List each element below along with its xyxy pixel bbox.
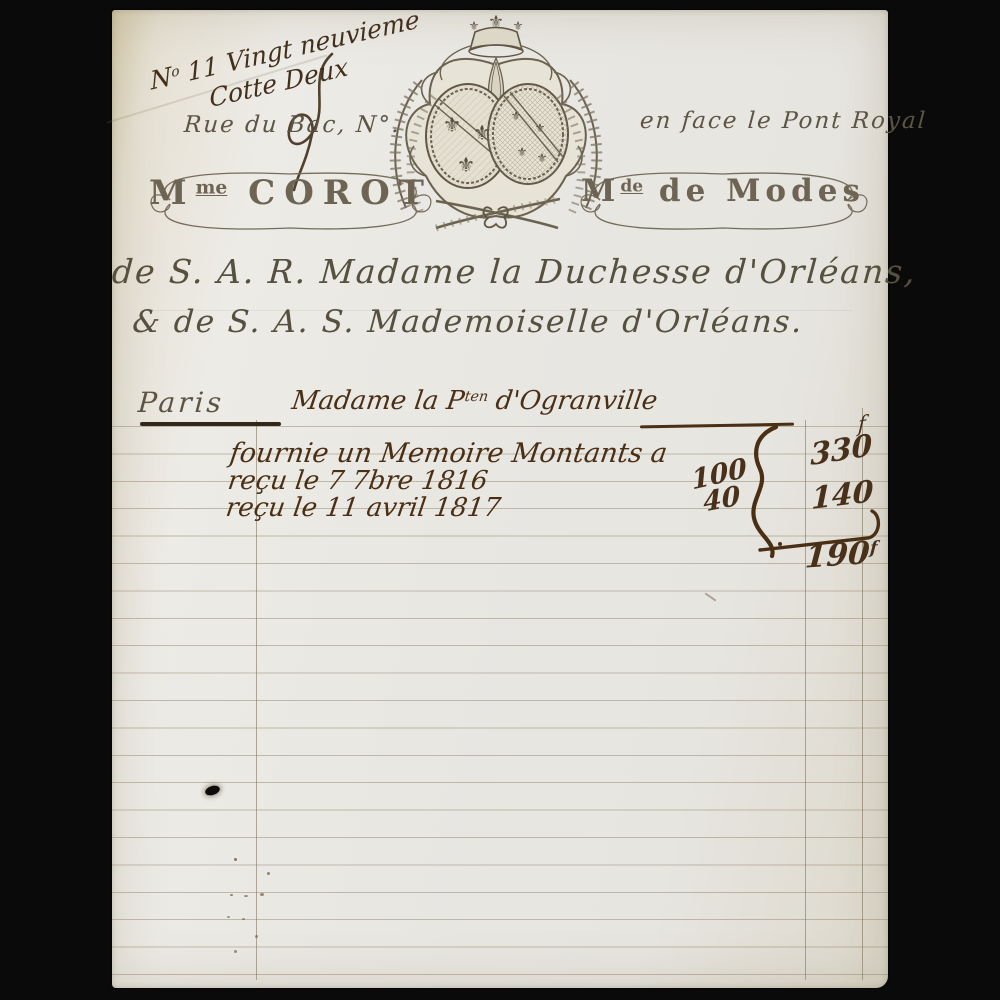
ink-speck [260, 893, 264, 896]
nameplate-mde-de-modes: Mde de Modes [564, 173, 882, 209]
svg-text:⚜: ⚜ [469, 19, 480, 33]
docket-annotation: No 11 Vingt neuvieme Cotte Deux [149, 1, 424, 127]
name-text: COROT [227, 173, 433, 213]
svg-text:⚜: ⚜ [488, 12, 504, 33]
name-prefix: M [149, 173, 196, 213]
total-value: 190 [804, 535, 871, 576]
svg-text:⚜: ⚜ [517, 145, 528, 159]
ink-speck [244, 895, 248, 897]
franc-sign: f [857, 411, 866, 437]
total-unit: f [869, 538, 878, 559]
ink-speck [227, 916, 230, 918]
name-text: de Modes [643, 173, 865, 209]
receipt-line-2: reçu le 11 avril 1817 [224, 493, 503, 523]
nameplate-mme-corot: Mme COROT [138, 173, 444, 213]
ink-speck [255, 935, 258, 938]
document-scan: No 11 Vingt neuvieme Cotte Deux Rue du B… [0, 0, 1000, 1000]
client-name-line: Madame la Pten d'Ogranville [290, 386, 660, 416]
city-label: Paris [137, 386, 225, 419]
client-prefix: Madame la P [290, 386, 466, 416]
address-right: en face le Pont Royal [639, 108, 928, 134]
svg-text:⚜: ⚜ [443, 113, 462, 137]
total-amount: 190f [804, 534, 878, 575]
patron-line-2: & de S. A. S. Mademoiselle d'Orléans. [111, 304, 890, 340]
ink-speck [230, 894, 233, 896]
client-superscript: ten [464, 389, 490, 405]
patron-line-1: de S. A. R. Madame la Duchesse d'Orléans… [111, 252, 890, 291]
svg-text:⚜: ⚜ [473, 121, 492, 145]
receipt-line-1: reçu le 7 7bre 1816 [226, 466, 490, 496]
ink-speck [242, 918, 245, 920]
ink-speck [234, 950, 237, 953]
column-rule-amounts [805, 420, 806, 980]
svg-text:⚜: ⚜ [513, 19, 524, 33]
city-underline [140, 422, 281, 426]
svg-text:⚜: ⚜ [537, 151, 548, 165]
address-left: Rue du Bac, N°. 1. [183, 112, 437, 138]
svg-text:⚜: ⚜ [457, 153, 476, 177]
invoice-paper: No 11 Vingt neuvieme Cotte Deux Rue du B… [112, 10, 888, 988]
svg-text:⚜: ⚜ [535, 121, 546, 135]
svg-text:⚜: ⚜ [511, 109, 522, 123]
name-superscript: me [196, 177, 228, 199]
memo-line: fournie un Memoire Montants a [228, 438, 669, 469]
ink-speck [234, 858, 237, 861]
client-rest: d'Ogranville [485, 386, 659, 416]
name-superscript: de [620, 177, 643, 197]
ink-speck [267, 872, 270, 875]
name-prefix: M [581, 173, 620, 209]
